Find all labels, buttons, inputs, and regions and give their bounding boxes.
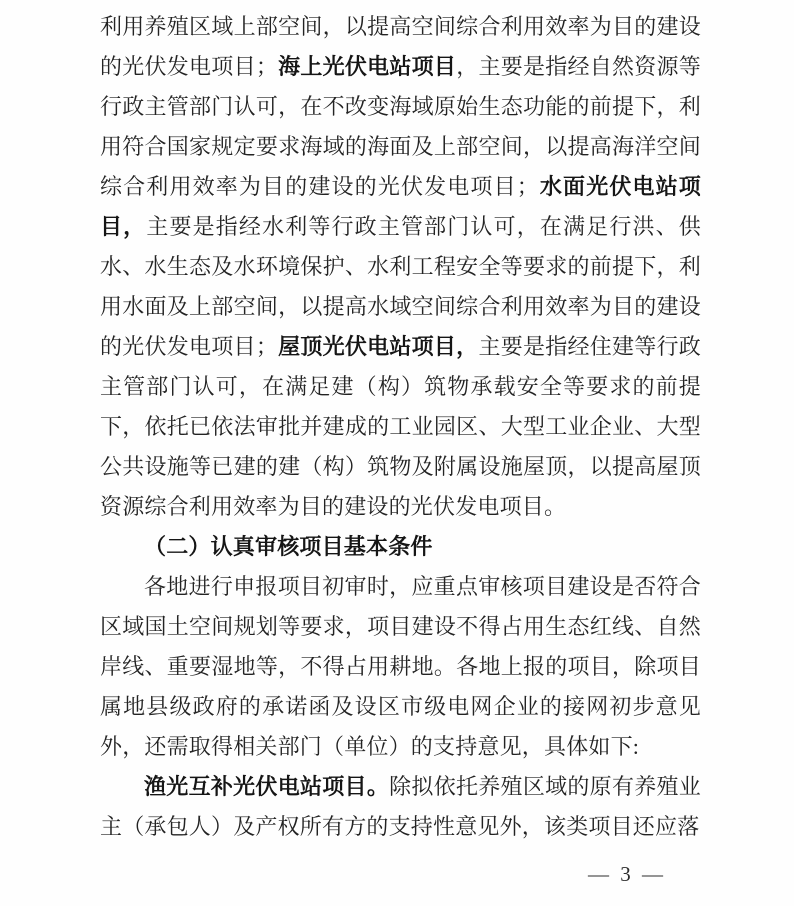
document-body: 利用养殖区域上部空间，以提高空间综合利用效率为目的建设的光伏发电项目；海上光伏电… (100, 7, 701, 847)
heading-text: （二）认真审核项目基本条件 (144, 534, 433, 559)
bold-term-offshore-pv-project: 海上光伏电站项目 (278, 54, 456, 79)
paragraph-text: 各地进行申报项目初审时，应重点审核项目建设是否符合区域国土空间规划等要求，项目建… (100, 574, 701, 759)
bold-term-rooftop-pv-project: 屋顶光伏电站项目， (278, 334, 478, 359)
document-page: 利用养殖区域上部空间，以提高空间综合利用效率为目的建设的光伏发电项目；海上光伏电… (0, 0, 794, 906)
page-number: — 3 — (588, 862, 666, 887)
paragraph-text: 主要是指经住建等行政主管部门认可，在满足建（构）筑物承载安全等要求的前提下，依托… (100, 334, 701, 519)
paragraph-fishery-pv-project: 渔光互补光伏电站项目。除拟依托养殖区域的原有养殖业主（承包人）及产权所有方的支持… (100, 767, 701, 847)
bold-term-fishery-pv-project: 渔光互补光伏电站项目。 (144, 774, 389, 799)
paragraph-review-requirements: 各地进行申报项目初审时，应重点审核项目建设是否符合区域国土空间规划等要求，项目建… (100, 567, 701, 767)
section-heading-review-basic-conditions: （二）认真审核项目基本条件 (100, 527, 701, 567)
paragraph-pv-project-definitions: 利用养殖区域上部空间，以提高空间综合利用效率为目的建设的光伏发电项目；海上光伏电… (100, 7, 701, 527)
